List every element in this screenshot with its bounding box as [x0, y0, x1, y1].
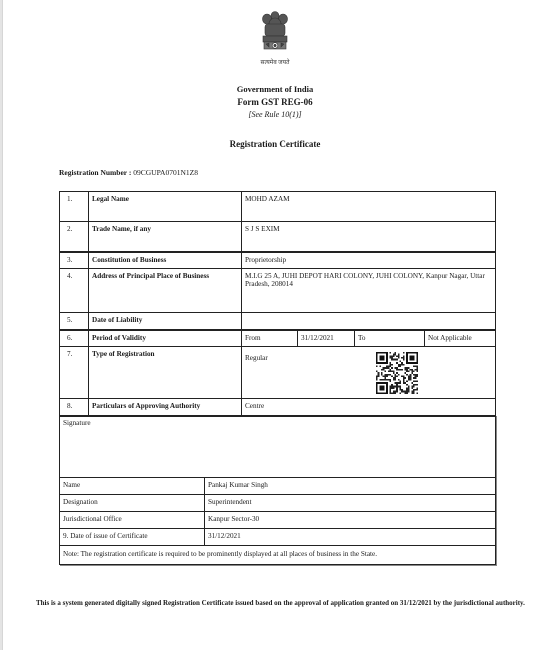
table-row: Name Pankaj Kumar Singh: [60, 478, 496, 495]
emblem-motto: सत्यमेव जयते: [250, 58, 300, 66]
table-row: 4. Address of Principal Place of Busines…: [60, 269, 496, 313]
table-row: 1. Legal Name MOHD AZAM: [60, 192, 496, 222]
qr-code-icon: [374, 352, 420, 394]
display-note: Note: The registration certificate is re…: [60, 546, 496, 565]
field-label: Legal Name: [89, 192, 242, 222]
rule-reference: [See Rule 10(1)]: [0, 110, 550, 119]
issue-date-value: 31/12/2021: [205, 529, 496, 546]
designation-value: Superintendent: [205, 495, 496, 512]
field-label: Particulars of Approving Authority: [89, 399, 242, 417]
table-row: 9. Date of issue of Certificate 31/12/20…: [60, 529, 496, 546]
field-label: Constitution of Business: [89, 252, 242, 269]
table-row: 5. Date of Liability: [60, 313, 496, 330]
date-of-liability-value: [242, 313, 496, 330]
table-row: 6. Period of Validity From 31/12/2021 To…: [60, 330, 496, 347]
row-number: 4.: [60, 269, 89, 313]
period-of-validity: From 31/12/2021 To Not Applicable: [242, 330, 496, 347]
row-number: 7.: [60, 347, 89, 399]
certificate-title: Registration Certificate: [0, 139, 550, 149]
table-row: Jurisdictional Office Kanpur Sector-30: [60, 512, 496, 529]
table-row: 3. Constitution of Business Proprietorsh…: [60, 252, 496, 269]
form-title: Form GST REG-06: [0, 97, 550, 107]
validity-to-label: To: [354, 331, 424, 347]
field-label: 9. Date of issue of Certificate: [60, 529, 205, 546]
field-label: Jurisdictional Office: [60, 512, 205, 529]
registration-number-value: 09CGUPA0701N1Z8: [133, 168, 198, 177]
field-label: Designation: [60, 495, 205, 512]
validity-from-label: From: [242, 331, 297, 347]
row-number: 8.: [60, 399, 89, 417]
field-label: Name: [60, 478, 205, 495]
field-label: Date of Liability: [89, 313, 242, 330]
table-row: Designation Superintendent: [60, 495, 496, 512]
registration-number: Registration Number : 09CGUPA0701N1Z8: [59, 168, 198, 177]
registration-type-value: Regular: [242, 347, 496, 399]
address-value: M.I.G 25 A, JUHI DEPOT HARI COLONY, JUHI…: [242, 269, 496, 313]
table-row: 7. Type of Registration Regular: [60, 347, 496, 399]
field-label: Type of Registration: [89, 347, 242, 399]
constitution-value: Proprietorship: [242, 252, 496, 269]
row-number: 3.: [60, 252, 89, 269]
footer-disclaimer: This is a system generated digitally sig…: [36, 598, 526, 609]
row-number: 1.: [60, 192, 89, 222]
field-label: Address of Principal Place of Business: [89, 269, 242, 313]
signature-area: Signature: [60, 416, 496, 478]
table-row: 8. Particulars of Approving Authority Ce…: [60, 399, 496, 417]
officer-name-value: Pankaj Kumar Singh: [205, 478, 496, 495]
validity-from-value: 31/12/2021: [297, 331, 354, 347]
legal-name-value: MOHD AZAM: [242, 192, 496, 222]
signature-table: Signature Name Pankaj Kumar Singh Design…: [59, 415, 496, 565]
government-heading: Government of India: [0, 84, 550, 94]
jurisdictional-office-value: Kanpur Sector-30: [205, 512, 496, 529]
field-label: Period of Validity: [89, 330, 242, 347]
registration-type-text: Regular: [245, 354, 492, 362]
trade-name-value: S J S EXIM: [242, 222, 496, 252]
row-number: 6.: [60, 330, 89, 347]
validity-to-value: Not Applicable: [424, 331, 495, 347]
registration-details-table: 1. Legal Name MOHD AZAM 2. Trade Name, i…: [59, 191, 496, 417]
approving-authority-value: Centre: [242, 399, 496, 417]
registration-number-label: Registration Number :: [59, 168, 131, 177]
row-number: 2.: [60, 222, 89, 252]
table-row: 2. Trade Name, if any S J S EXIM: [60, 222, 496, 252]
row-number: 5.: [60, 313, 89, 330]
field-label: Trade Name, if any: [89, 222, 242, 252]
national-emblem-icon: [258, 10, 292, 56]
